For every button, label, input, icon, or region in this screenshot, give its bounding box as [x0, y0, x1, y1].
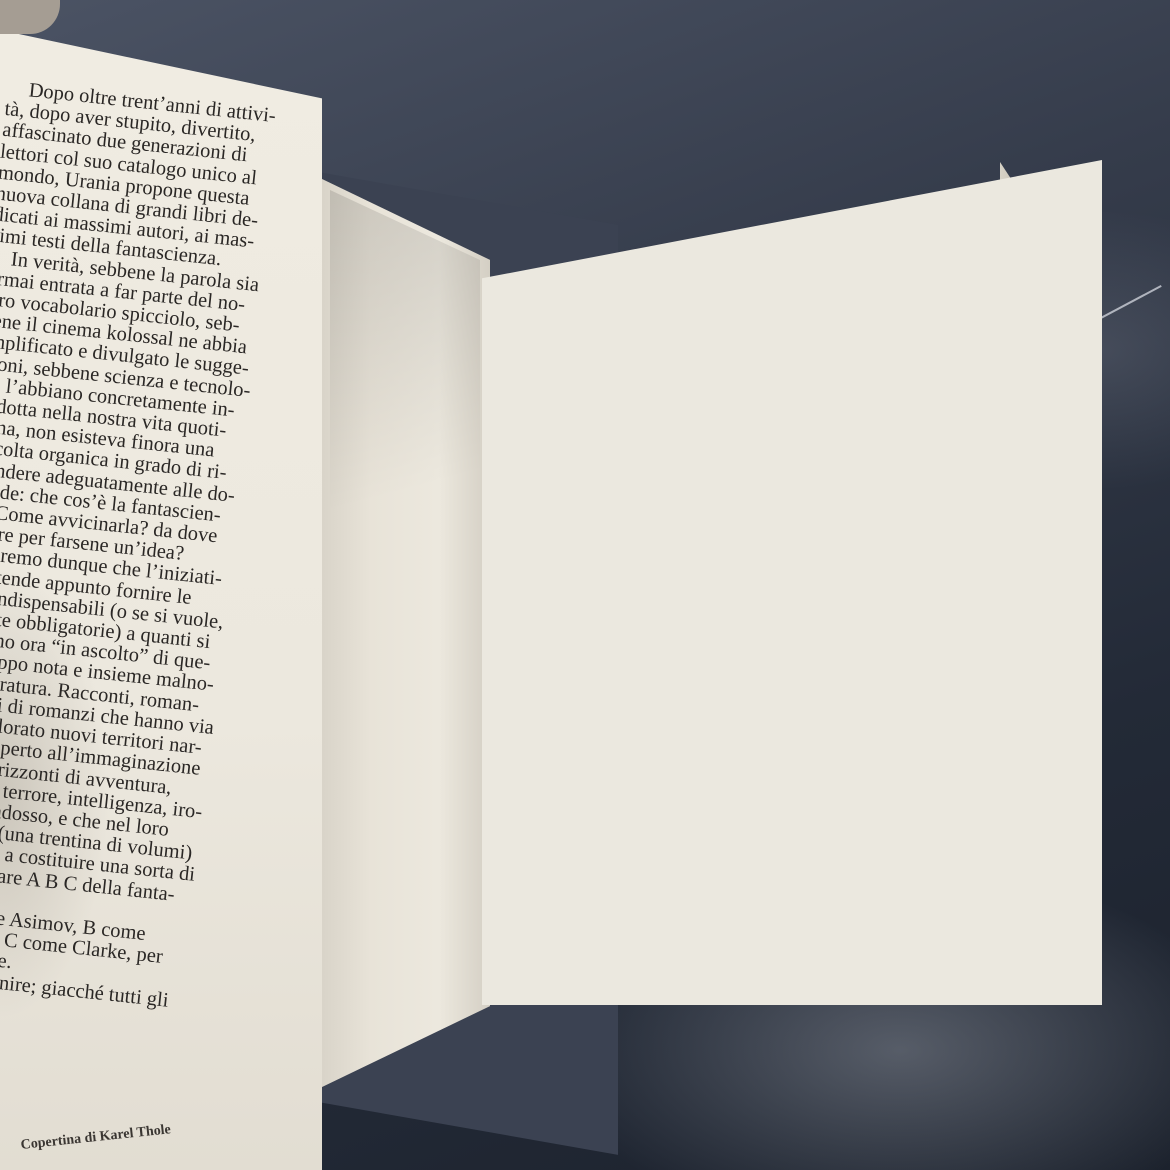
blank-endpaper-page: [482, 160, 1102, 1005]
gutter-shadow: [330, 190, 480, 690]
